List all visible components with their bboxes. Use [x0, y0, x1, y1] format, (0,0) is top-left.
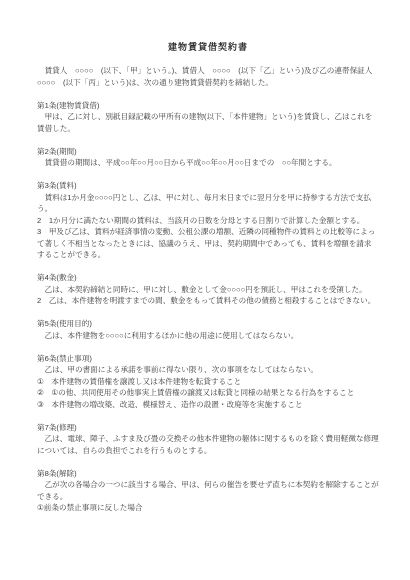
article-7: 第7条(修理) 乙は、電球、障子、ふすま及び畳の交換その他本件建物の躯体に関する… — [37, 422, 379, 457]
article-paragraph: 乙は、本契約締結と同時に、甲に対し、敷金として金○○○○円を預託し、甲はこれを受… — [37, 284, 379, 296]
article-paragraph: ①前条の禁止事項に反した場合 — [37, 502, 379, 514]
preamble-paragraph: 賃貸人 ○○○○ (以下、「甲」という。)、賃借人 ○○○○ (以下「乙」という… — [37, 65, 379, 88]
document-title: 建物賃貸借契約書 — [37, 42, 379, 54]
article-paragraph: ③ 本件建物の増改築、改造、模様替え、造作の設置・改廃等を実施すること — [37, 399, 379, 411]
article-paragraph: ② ①の他、共同使用その他事実上賃借権の譲渡又は転貸と同様の結果となる行為をする… — [37, 387, 379, 399]
contract-document-page: 建物賃貸借契約書 賃貸人 ○○○○ (以下、「甲」という。)、賃借人 ○○○○ … — [0, 0, 410, 580]
articles-container: 第1条(建物賃貸借) 甲は、乙に対し、別紙目録記載の甲所有の建物(以下、「本件建… — [37, 100, 379, 514]
article-paragraph: 3 甲及び乙は、賃料が経済事情の変動、公租公課の増額、近隣の同種物件の賃料との比… — [37, 226, 379, 261]
article-paragraph: 賃料は1か月金○○○○円とし、乙は、甲に対し、毎月末日までに翌月分を甲に持参する… — [37, 192, 379, 215]
article-heading: 第3条(賃料) — [37, 180, 379, 192]
article-5: 第5条(使用目的) 乙は、本件建物を○○○○に利用するほかに他の用途に使用しては… — [37, 318, 379, 341]
article-heading: 第7条(修理) — [37, 422, 379, 434]
article-paragraph: 2 乙は、本件建物を明渡すまでの間、敷金をもって賃料その他の債務と相殺することは… — [37, 295, 379, 307]
article-heading: 第5条(使用目的) — [37, 318, 379, 330]
article-3: 第3条(賃料) 賃料は1か月金○○○○円とし、乙は、甲に対し、毎月末日までに翌月… — [37, 180, 379, 261]
article-1: 第1条(建物賃貸借) 甲は、乙に対し、別紙目録記載の甲所有の建物(以下、「本件建… — [37, 100, 379, 135]
article-paragraph: 乙は、電球、障子、ふすま及び畳の交換その他本件建物の躯体に関するものを除く費用軽… — [37, 433, 379, 456]
article-8: 第8条(解除) 乙が次の各場合の一つに該当する場合、甲は、何らの催告を要せず直ち… — [37, 468, 379, 514]
article-heading: 第2条(期間) — [37, 146, 379, 158]
article-paragraph: 甲は、乙に対し、別紙目録記載の甲所有の建物(以下、「本件建物」という)を賃貸し、… — [37, 111, 379, 134]
article-paragraph: ① 本件建物の賃借権を譲渡し又は本件建物を転貸すること — [37, 376, 379, 388]
article-paragraph: 乙が次の各場合の一つに該当する場合、甲は、何らの催告を要せず直ちに本契約を解除す… — [37, 479, 379, 502]
article-paragraph: 2 1か月分に満たない期間の賃料は、当該月の日数を分母とする日割りで計算した金額… — [37, 215, 379, 227]
article-2: 第2条(期間) 賃貸借の期間は、平成○○年○○月○○日から平成○○年○○月○○日… — [37, 146, 379, 169]
article-paragraph: 乙は、甲の書面による承諾を事前に得ない限り、次の事項をなしてはならない。 — [37, 364, 379, 376]
article-heading: 第4条(敷金) — [37, 272, 379, 284]
article-paragraph: 乙は、本件建物を○○○○に利用するほかに他の用途に使用してはならない。 — [37, 330, 379, 342]
article-6: 第6条(禁止事項) 乙は、甲の書面による承諾を事前に得ない限り、次の事項をなして… — [37, 353, 379, 411]
article-paragraph: 賃貸借の期間は、平成○○年○○月○○日から平成○○年○○月○○日までの ○○年間… — [37, 157, 379, 169]
article-heading: 第1条(建物賃貸借) — [37, 100, 379, 112]
article-4: 第4条(敷金) 乙は、本契約締結と同時に、甲に対し、敷金として金○○○○円を預託… — [37, 272, 379, 307]
article-heading: 第6条(禁止事項) — [37, 353, 379, 365]
article-heading: 第8条(解除) — [37, 468, 379, 480]
